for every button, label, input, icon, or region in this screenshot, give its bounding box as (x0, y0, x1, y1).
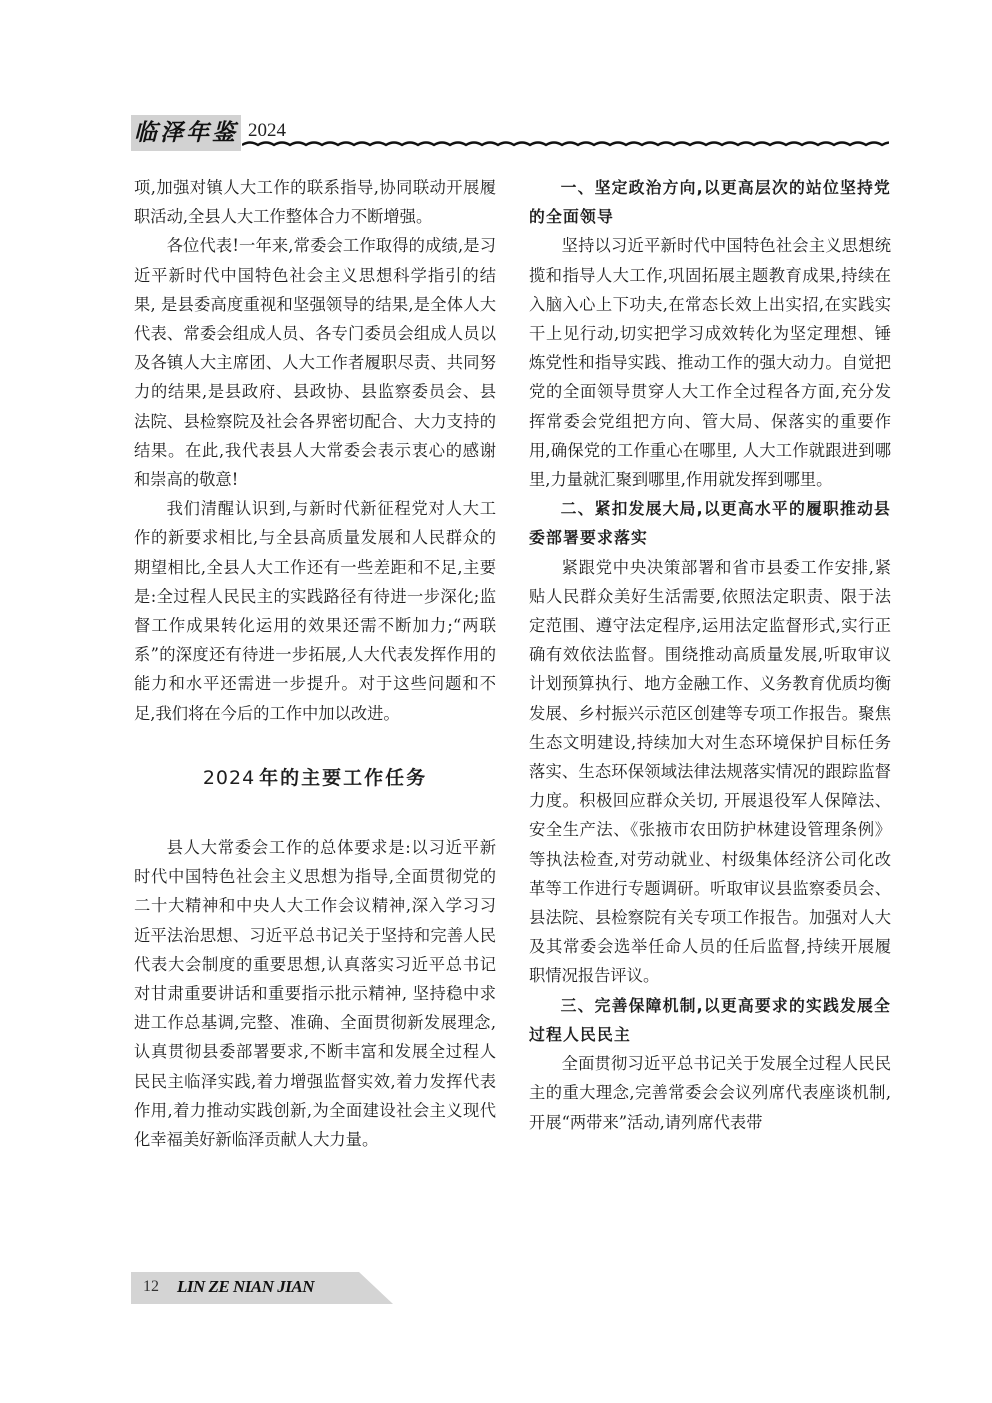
paragraph: 紧跟党中央决策部署和省市县委工作安排,紧贴人民群众美好生活需要,依照法定职责、限… (529, 553, 891, 991)
left-column: 项,加强对镇人大工作的联系指导,协同联动开展履职活动,全县人大工作整体合力不断增… (134, 173, 496, 1154)
subsection-heading: 三、完善保障机制,以更高要求的实践发展全过程人民民主 (529, 991, 891, 1049)
running-header: 临泽年鉴 2024 (131, 115, 891, 151)
journal-title-en: LIN ZE NIAN JIAN (177, 1277, 314, 1297)
running-footer: 12 LIN ZE NIAN JIAN (131, 1272, 393, 1304)
paragraph: 县人大常委会工作的总体要求是:以习近平新时代中国特色社会主义思想为指导,全面贯彻… (134, 833, 496, 1154)
section-title-year: 2024 (203, 767, 255, 789)
paragraph: 我们清醒认识到,与新时代新征程党对人大工作的新要求相比,与全县高质量发展和人民群… (134, 494, 496, 728)
section-title-text: 年的主要工作任务 (259, 767, 427, 789)
paragraph: 各位代表!一年来,常委会工作取得的成绩,是习近平新时代中国特色社会主义思想科学指… (134, 231, 496, 494)
page-number: 12 (143, 1278, 159, 1296)
section-title: 2024年的主要工作任务 (134, 764, 496, 793)
paragraph: 坚持以习近平新时代中国特色社会主义思想统揽和指导人大工作,巩固拓展主题教育成果,… (529, 231, 891, 494)
paragraph: 项,加强对镇人大工作的联系指导,协同联动开展履职活动,全县人大工作整体合力不断增… (134, 173, 496, 231)
journal-title-cn: 临泽年鉴 (131, 115, 241, 151)
subsection-heading: 二、紧扣发展大局,以更高水平的履职推动县委部署要求落实 (529, 494, 891, 552)
wavy-rule-divider (242, 139, 889, 149)
paragraph: 全面贯彻习近平总书记关于发展全过程人民民主的重大理念,完善常委会会议列席代表座谈… (529, 1049, 891, 1137)
right-column: 一、坚定政治方向,以更高层次的站位坚持党的全面领导 坚持以习近平新时代中国特色社… (529, 173, 891, 1137)
subsection-heading: 一、坚定政治方向,以更高层次的站位坚持党的全面领导 (529, 173, 891, 231)
